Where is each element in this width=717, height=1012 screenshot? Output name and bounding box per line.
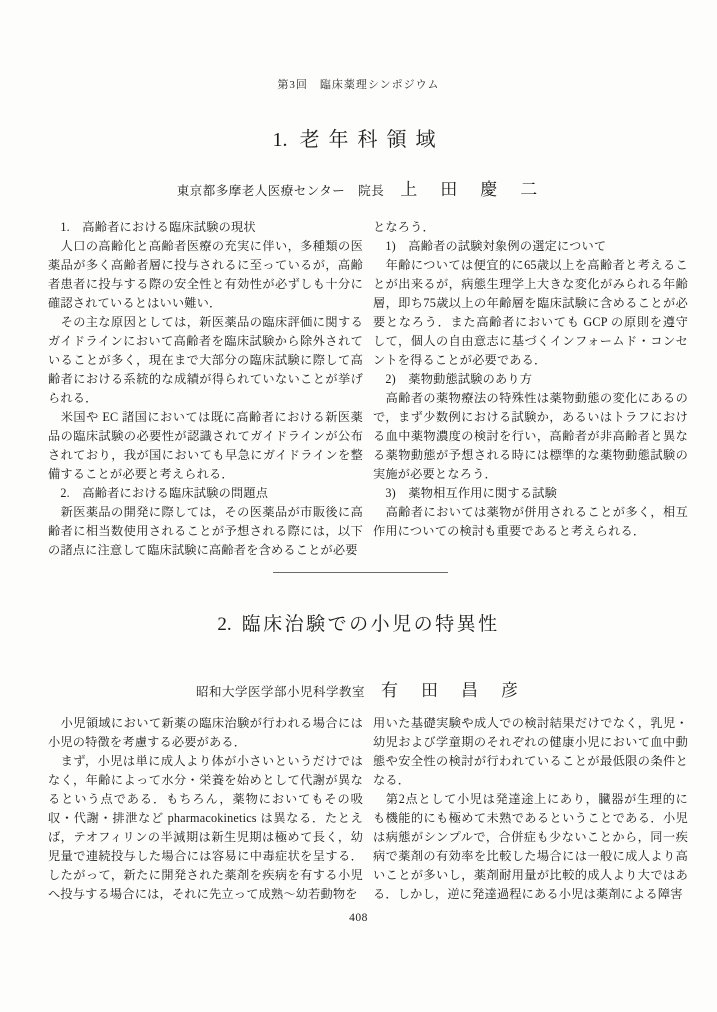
section1-columns: 1. 高齢者における臨床試験の現状 人口の高齢化と高齢者医療の充実に伴い，多種類… <box>48 218 688 560</box>
section1-left-paragraph3: 米国や EC 諸国においては既に高齢者における新医薬品の臨床試験の必要性が認識さ… <box>48 408 363 484</box>
section1-author-name: 上 田 慶 二 <box>400 180 540 199</box>
section-divider <box>273 572 448 573</box>
page-number: 408 <box>0 912 717 924</box>
section1-right-paragraph2: 高齢者の薬物療法の特殊性は薬物動態の変化にあるので，まず少数例における試験か，あ… <box>373 389 688 484</box>
section2-title-text: 臨床治験での小児の特異性 <box>242 614 500 635</box>
section2-right-paragraph1: 用いた基礎実験や成人での検討結果だけでなく，乳児・幼児および学童期のそれぞれの健… <box>373 714 688 790</box>
section1-left-column: 1. 高齢者における臨床試験の現状 人口の高齢化と高齢者医療の充実に伴い，多種類… <box>48 218 363 560</box>
section1-right-heading2: 2) 薬物動態試験のあり方 <box>373 370 688 389</box>
section2-author-line: 昭和大学医学部小児科学教室有 田 昌 彦 <box>0 676 717 701</box>
section1-title: 1.老年科領域 <box>0 123 717 152</box>
section1-affiliation: 東京都多摩老人医療センター 院長 <box>177 184 385 198</box>
section2-left-column: 小児領域において新薬の臨床治験が行われる場合には小児の特徴を考慮する必要がある．… <box>48 714 363 904</box>
section1-right-heading1: 1) 高齢者の試験対象例の選定について <box>373 237 688 256</box>
section2-title-number: 2. <box>217 614 231 635</box>
section1-right-column: となろう． 1) 高齢者の試験対象例の選定について 年齢については便宜的に65歳… <box>373 218 688 560</box>
section1-right-continuation: となろう． <box>373 218 688 237</box>
section1-author-line: 東京都多摩老人医療センター 院長上 田 慶 二 <box>0 175 717 200</box>
section2-author-name: 有 田 昌 彦 <box>381 681 521 700</box>
section1-left-paragraph2: その主な原因としては，新医薬品の臨床評価に関するガイドラインにおいて高齢者を臨床… <box>48 313 363 408</box>
section2-columns: 小児領域において新薬の臨床治験が行われる場合には小児の特徴を考慮する必要がある．… <box>48 714 688 904</box>
section1-right-paragraph3: 高齢者においては薬物が併用されることが多く，相互作用についての検討も重要であると… <box>373 503 688 541</box>
section2-title: 2.臨床治験での小児の特異性 <box>0 609 717 636</box>
section1-right-paragraph1: 年齢については便宜的に65歳以上を高齢者と考えることが出来るが，病態生理学上大き… <box>373 256 688 370</box>
section2-affiliation: 昭和大学医学部小児科学教室 <box>196 685 365 699</box>
section2-right-column: 用いた基礎実験や成人での検討結果だけでなく，乳児・幼児および学童期のそれぞれの健… <box>373 714 688 904</box>
journal-header: 第3回 臨床薬理シンポジウム <box>0 76 717 92</box>
section1-title-number: 1. <box>273 129 288 151</box>
section1-title-text: 老年科領域 <box>300 129 445 151</box>
section1-right-heading3: 3) 薬物相互作用に関する試験 <box>373 484 688 503</box>
section2-right-paragraph2: 第2点として小児は発達途上にあり，臓器が生理的にも機能的にも極めて未熟であるとい… <box>373 790 688 904</box>
section1-left-heading2: 2. 高齢者における臨床試験の問題点 <box>48 484 363 503</box>
section1-left-paragraph1: 人口の高齢化と高齢者医療の充実に伴い，多種類の医薬品が多く高齢者層に投与されるに… <box>48 237 363 313</box>
section2-left-paragraph2: まず，小児は単に成人より体が小さいというだけではなく，年齢によって水分・栄養を始… <box>48 752 363 904</box>
section2-left-paragraph1: 小児領域において新薬の臨床治験が行われる場合には小児の特徴を考慮する必要がある． <box>48 714 363 752</box>
document-page: 第3回 臨床薬理シンポジウム 1.老年科領域 東京都多摩老人医療センター 院長上… <box>0 0 717 1012</box>
section1-left-paragraph4: 新医薬品の開発に際しては，その医薬品が市販後に高齢者に相当数使用されることが予想… <box>48 503 363 560</box>
section1-left-heading1: 1. 高齢者における臨床試験の現状 <box>48 218 363 237</box>
